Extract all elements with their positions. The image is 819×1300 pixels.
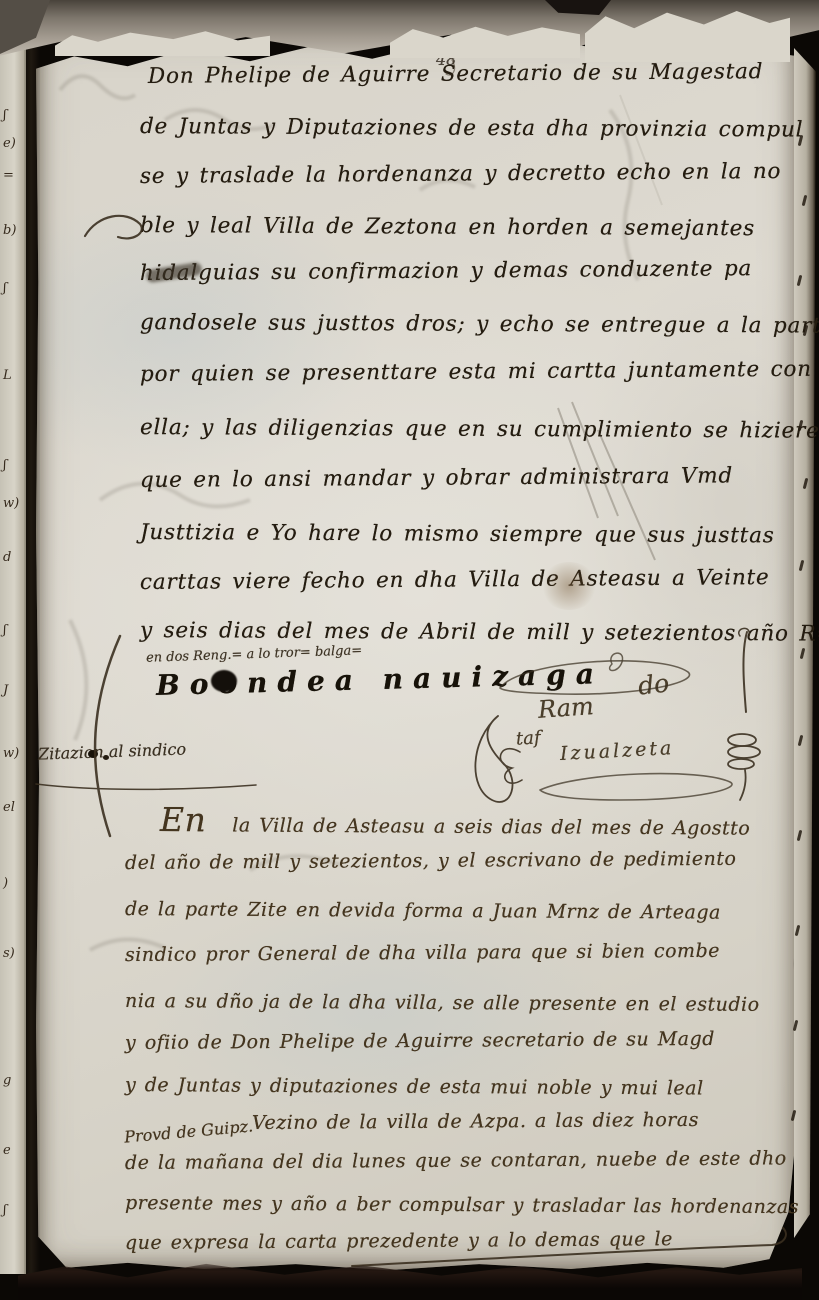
manuscript-line: nia a su dño ja de la dha villa, se alle… bbox=[125, 990, 760, 1016]
manuscript-line: Vezino de la villa de Azpa. a las diez h… bbox=[252, 1109, 699, 1134]
manuscript-line: sindico pror General de dha villa para q… bbox=[125, 940, 720, 966]
edge-text-fragment: ) bbox=[3, 876, 8, 891]
manuscript-line: y de Juntas y diputaziones de esta mui n… bbox=[125, 1074, 704, 1100]
manuscript-line: de la mañana del dia lunes que se contar… bbox=[125, 1147, 787, 1174]
edge-text-fragment: s) bbox=[3, 946, 15, 961]
edge-text-fragment: ʃ bbox=[3, 281, 7, 296]
edge-text-fragment: el bbox=[3, 800, 15, 815]
edge-text-fragment: w) bbox=[3, 496, 19, 511]
manuscript-line: hidalguias su confirmazion y demas condu… bbox=[140, 256, 752, 286]
edge-text-fragment: e bbox=[3, 1143, 11, 1158]
manuscript-line: ble y leal Villa de Zeztona en horden a … bbox=[140, 213, 755, 241]
manuscript-line: se y traslade la hordenanza y decretto e… bbox=[140, 159, 781, 189]
edge-text-fragment: = bbox=[3, 168, 14, 183]
manuscript-line: gandosele sus justtos dros; y echo se en… bbox=[140, 310, 819, 339]
paragraph-initial: En bbox=[160, 800, 207, 839]
edge-text-fragment: b) bbox=[3, 223, 16, 238]
manuscript-line: la Villa de Asteasu a seis dias del mes … bbox=[232, 814, 750, 839]
manuscript-line: Don Phelipe de Aguirre Secretario de su … bbox=[148, 59, 764, 89]
edge-text-fragment: ʃ bbox=[3, 108, 7, 123]
edge-text-fragment: e) bbox=[3, 136, 16, 151]
edge-text-fragment: J bbox=[3, 683, 8, 698]
ink-spot bbox=[103, 755, 109, 760]
signature-name-2: taf bbox=[515, 727, 541, 749]
binding-gutter bbox=[24, 36, 40, 1276]
manuscript-line: y ofiio de Don Phelipe de Aguirre secret… bbox=[125, 1028, 715, 1054]
manuscript-line: ella; y las diligenzias que en su cumpli… bbox=[140, 415, 819, 444]
manuscript-line: y seis dias del mes de Abril de mill y s… bbox=[140, 618, 819, 647]
manuscript-line: del año de mill y setezientos, y el escr… bbox=[125, 848, 737, 874]
edge-text-fragment: L bbox=[3, 368, 12, 383]
edge-text-fragment: ʃ bbox=[3, 623, 7, 638]
manuscript-line: presente mes y año a ber compulsar y tra… bbox=[125, 1192, 799, 1218]
edge-text-fragment: g bbox=[3, 1073, 11, 1088]
manuscript-line: carttas viere fecho en dha Villa de Aste… bbox=[140, 565, 770, 595]
manuscript-line: Justtizia e Yo hare lo mismo siempre que… bbox=[140, 520, 775, 548]
ink-blot bbox=[211, 670, 237, 692]
edge-text-fragment: ʃ bbox=[3, 1203, 7, 1218]
edge-text-fragment: ʃ bbox=[3, 458, 7, 473]
previous-page-edge: ʃ e) = b) ʃ L ʃ w) d ʃ J w) el ) s) g e … bbox=[0, 38, 26, 1274]
signature-name-1: Ram bbox=[537, 692, 595, 724]
manuscript-line: que en lo ansi mandar y obrar administra… bbox=[140, 463, 733, 493]
signature-abbrev: do bbox=[637, 668, 671, 700]
manuscript-line: por quien se presenttare esta mi cartta … bbox=[140, 357, 812, 387]
manuscript-line: de Juntas y Diputaziones de esta dha pro… bbox=[140, 114, 803, 142]
manuscript-scan: ʃ e) = b) ʃ L ʃ w) d ʃ J w) el ) s) g e … bbox=[0, 0, 819, 1300]
edge-text-fragment: w) bbox=[3, 746, 19, 761]
manuscript-line: de la parte Zite en devida forma a Juan … bbox=[125, 898, 721, 924]
paper-stain bbox=[540, 562, 598, 610]
edge-text-fragment: d bbox=[3, 550, 11, 565]
manuscript-line: que expresa la carta prezedente y a lo d… bbox=[125, 1228, 673, 1254]
ink-spot bbox=[88, 750, 98, 758]
